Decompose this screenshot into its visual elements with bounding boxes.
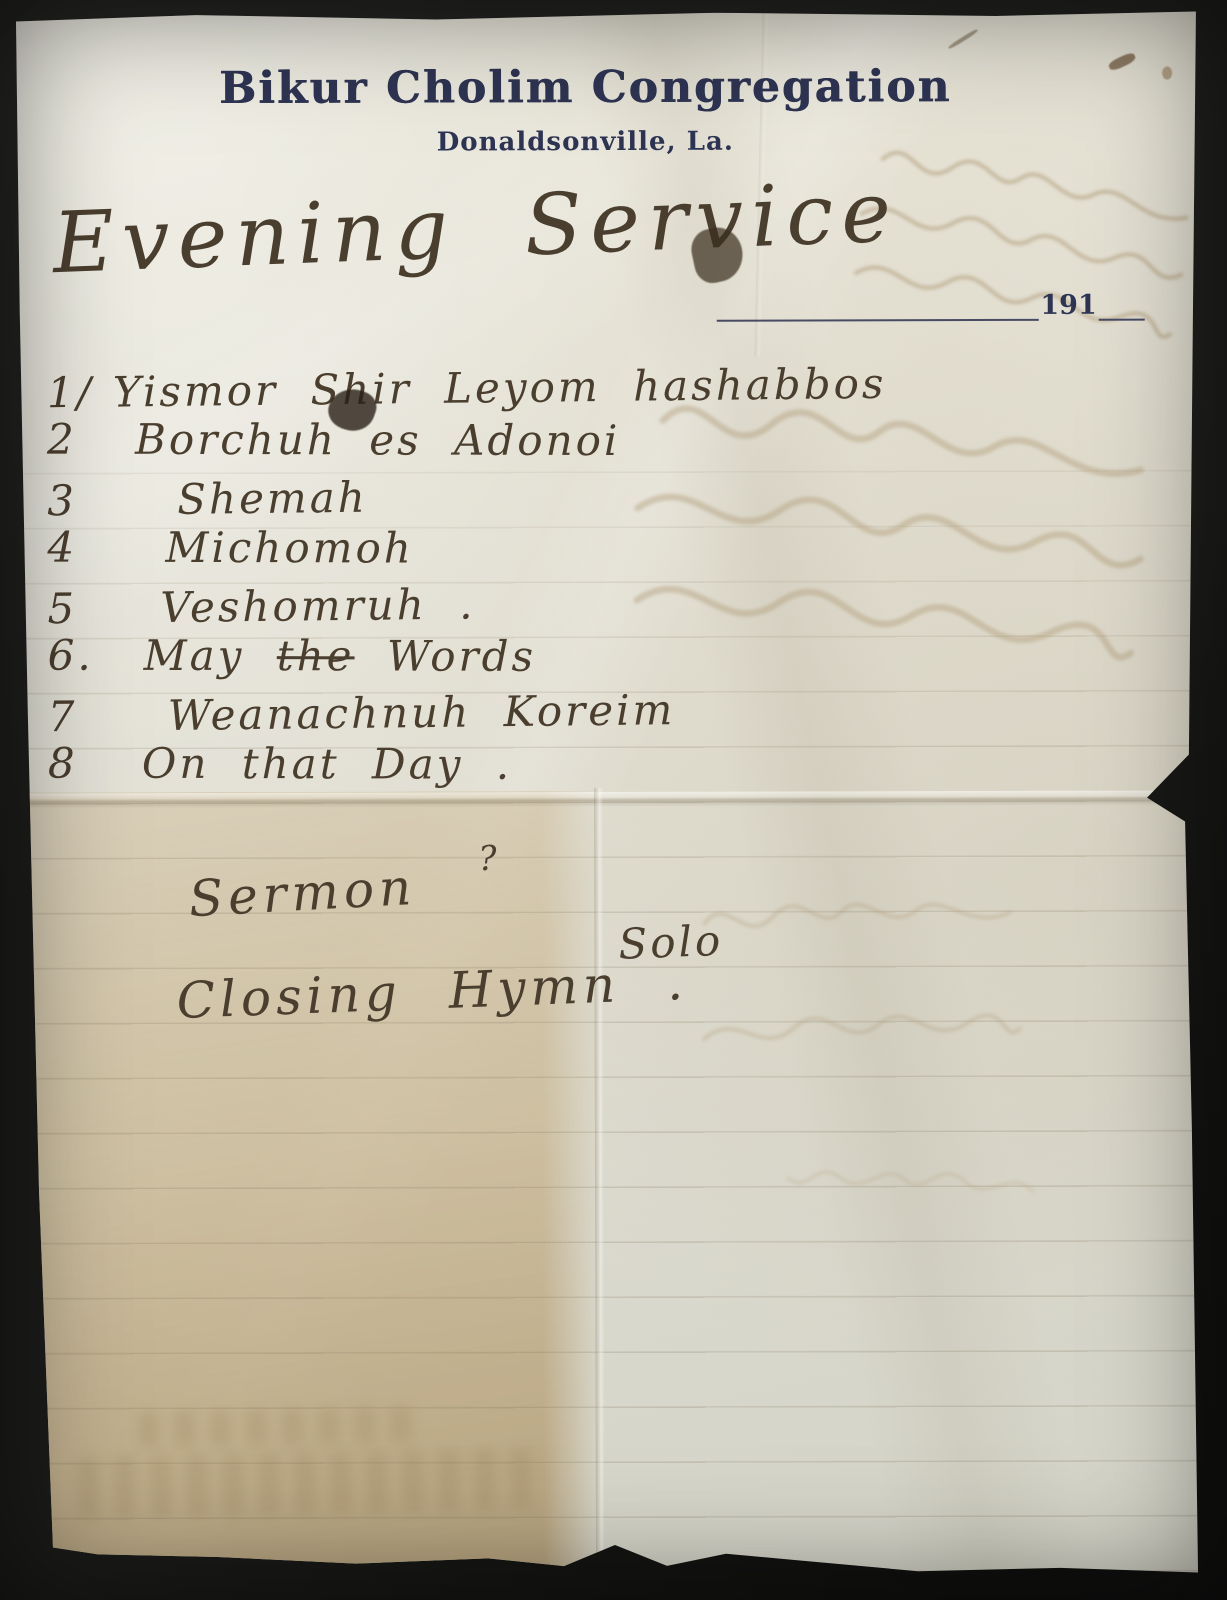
item-number: 3 (47, 476, 106, 526)
faded-stamp (137, 1406, 418, 1448)
vertical-fold-crease (594, 788, 605, 1570)
item-text: May the Words (144, 631, 537, 681)
date-blank-line-short (1099, 289, 1145, 321)
list-item: 5Veshomruh . (47, 572, 1158, 639)
sermon-line: Sermon? (186, 838, 504, 928)
item-number: 7 (48, 692, 107, 742)
list-item: 8On that Day . (48, 739, 1158, 796)
faded-stamp (77, 1448, 548, 1519)
item-number: 1/ (47, 368, 106, 418)
item-text-post: Words (355, 631, 537, 680)
list-item: 7Weanachnuh Koreim (48, 680, 1159, 747)
list-item: 6.May the Words (48, 631, 1158, 688)
item-text: Weanachnuh Koreim (168, 685, 676, 740)
item-number: 6. (48, 631, 106, 680)
item-text-struck-word: the (277, 631, 355, 680)
letterhead-location: Donaldsonville, La. (0, 126, 1176, 159)
item-text: Michomoh (165, 523, 414, 573)
sermon-label: Sermon (187, 858, 417, 928)
stain-speck (948, 28, 979, 49)
document-page: Bikur Cholim Congregation Donaldsonville… (16, 8, 1202, 1579)
date-blank-line (717, 289, 1039, 322)
letterhead-organization: Bikur Cholim Congregation (0, 61, 1176, 115)
item-text: Yismor Shir Leyom hashabbos (113, 359, 887, 417)
item-text: On that Day . (142, 739, 512, 789)
item-number: 4 (47, 523, 105, 572)
date-line: 191 (717, 289, 1145, 322)
photo-background: Bikur Cholim Congregation Donaldsonville… (0, 0, 1227, 1600)
item-number: 8 (48, 739, 106, 788)
list-item: 1/Yismor Shir Leyom hashabbos (47, 356, 1158, 423)
item-text: Shemah (177, 473, 368, 524)
printed-year: 191 (1040, 291, 1096, 321)
closing-hymn-line: Closing Hymn . (176, 953, 689, 1030)
ink-bleed-through (676, 1111, 1142, 1288)
list-item: 2Borchuh es Adonoi (47, 415, 1157, 472)
item-number: 5 (47, 584, 106, 634)
sermon-question-mark: ? (477, 838, 502, 879)
item-text-pre: May (144, 631, 277, 680)
letterhead: Bikur Cholim Congregation Donaldsonville… (0, 61, 1176, 159)
page-title: Evening Service (51, 163, 901, 293)
list-item: 3Shemah (47, 464, 1158, 531)
item-number: 2 (47, 415, 105, 464)
item-text: Borchuh es Adonoi (135, 415, 620, 465)
item-text: Veshomruh . (160, 579, 475, 632)
list-item: 4Michomoh (47, 523, 1157, 580)
service-order-list: 1/Yismor Shir Leyom hashabbos 2Borchuh e… (47, 361, 1158, 796)
